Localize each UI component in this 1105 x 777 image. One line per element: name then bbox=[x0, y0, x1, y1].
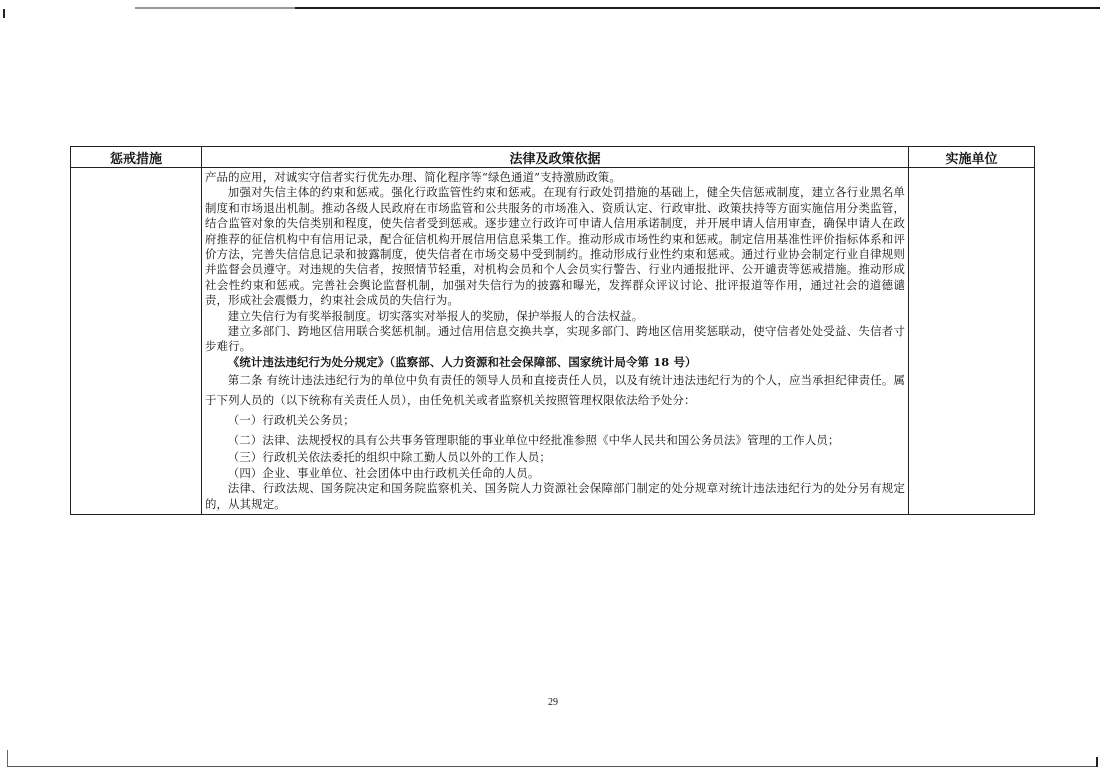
cell-legal-basis: 产品的应用，对诚实守信者实行优先办理、简化程序等“绿色通道”支持激励政策。 加强… bbox=[202, 168, 909, 515]
scan-bottom-border bbox=[7, 766, 1097, 767]
table-header-row: 惩戒措施 法律及政策依据 实施单位 bbox=[71, 147, 1035, 168]
list-item: （一）行政机关公务员； bbox=[205, 410, 905, 430]
list-item: （二）法律、法规授权的具有公共事务管理职能的事业单位中经批准参照《中华人民共和国… bbox=[205, 430, 905, 450]
scan-corner-mark bbox=[7, 750, 8, 767]
header-legal-basis: 法律及政策依据 bbox=[202, 147, 909, 168]
sanctions-table: 惩戒措施 法律及政策依据 实施单位 产品的应用，对诚实守信者实行优先办理、简化程… bbox=[70, 146, 1035, 515]
header-measure: 惩戒措施 bbox=[71, 147, 202, 168]
paragraph: 建立失信行为有奖举报制度。切实落实对举报人的奖励，保护举报人的合法权益。 bbox=[205, 309, 905, 324]
paragraph: 法律、行政法规、国务院决定和国务院监察机关、国务院人力资源社会保障部门制定的处分… bbox=[205, 481, 905, 512]
table-row: 产品的应用，对诚实守信者实行优先办理、简化程序等“绿色通道”支持激励政策。 加强… bbox=[71, 168, 1035, 515]
cell-measure bbox=[71, 168, 202, 515]
paragraph: 建立多部门、跨地区信用联合奖惩机制。通过信用信息交换共享，实现多部门、跨地区信用… bbox=[205, 324, 905, 355]
list-item: （四）企业、事业单位、社会团体中由行政机关任命的人员。 bbox=[205, 466, 905, 481]
header-implementing-unit: 实施单位 bbox=[909, 147, 1035, 168]
scan-top-border-faded bbox=[135, 7, 295, 9]
paragraph: 第二条 有统计违法违纪行为的单位中负有责任的领导人员和直接责任人员，以及有统计违… bbox=[205, 370, 905, 410]
scan-corner-mark bbox=[1096, 757, 1098, 767]
paragraph: 加强对失信主体的约束和惩戒。强化行政监管性约束和惩戒。在现有行政处罚措施的基础上… bbox=[205, 185, 905, 308]
paragraph: 产品的应用，对诚实守信者实行优先办理、简化程序等“绿色通道”支持激励政策。 bbox=[205, 170, 905, 185]
list-item: （三）行政机关依法委托的组织中除工勤人员以外的工作人员； bbox=[205, 450, 905, 465]
page-number: 29 bbox=[548, 697, 558, 708]
regulation-title: 《统计违法违纪行为处分规定》（监察部、人力资源和社会保障部、国家统计局令第 18… bbox=[205, 355, 905, 370]
scan-corner-mark bbox=[3, 9, 5, 18]
cell-implementing-unit bbox=[909, 168, 1035, 515]
